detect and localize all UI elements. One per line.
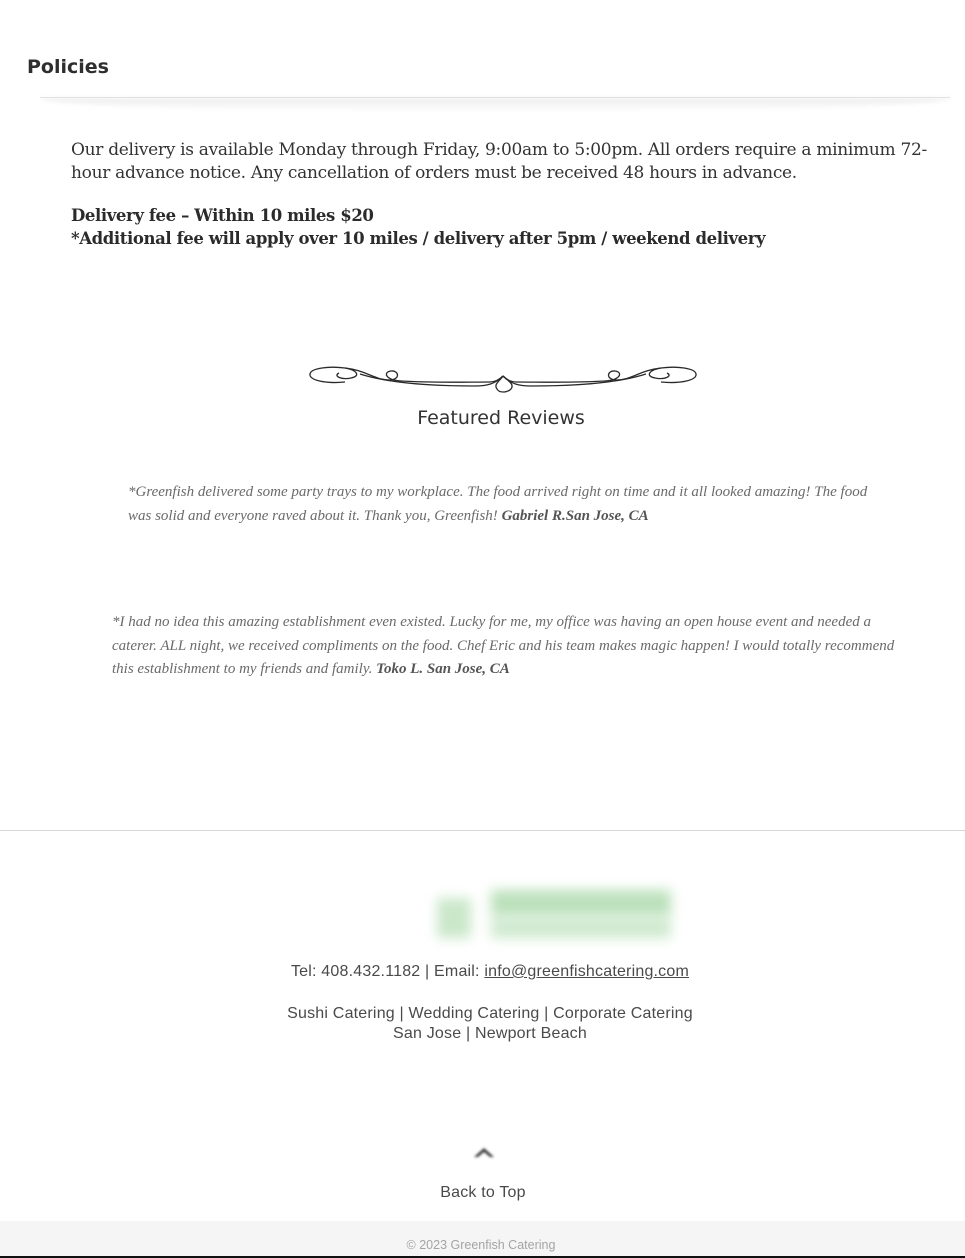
delivery-fee-block: Delivery fee – Within 10 miles $20 *Addi… [71, 204, 951, 250]
email-link[interactable]: info@greenfishcatering.com [484, 963, 689, 980]
chevron-up-icon[interactable] [471, 1143, 497, 1161]
tel-label: Tel: 408.432.1182 | Email: [291, 963, 484, 980]
review-author: Toko L. San Jose, CA [376, 661, 510, 677]
delivery-availability-text: Our delivery is available Monday through… [71, 139, 941, 185]
locations-text: San Jose | Newport Beach [0, 1024, 965, 1044]
header-shadow-divider [40, 98, 950, 112]
policies-heading: Policies [27, 56, 109, 78]
services-text: Sushi Catering | Wedding Catering | Corp… [0, 1004, 965, 1024]
contact-info: Tel: 408.432.1182 | Email: info@greenfis… [0, 963, 965, 981]
review-item: *Greenfish delivered some party trays to… [128, 481, 868, 528]
footer-divider [0, 830, 965, 831]
featured-reviews-heading: Featured Reviews [0, 407, 965, 429]
flourish-divider-icon [305, 360, 701, 396]
additional-fee-text: *Additional fee will apply over 10 miles… [71, 227, 951, 250]
review-author: Gabriel R.San Jose, CA [502, 508, 649, 524]
header-divider [40, 97, 950, 98]
copyright-text: © 2023 Greenfish Catering [0, 1238, 962, 1252]
back-to-top-link[interactable]: Back to Top [0, 1184, 965, 1202]
services-info: Sushi Catering | Wedding Catering | Corp… [0, 1004, 965, 1044]
review-item: *I had no idea this amazing establishmen… [112, 611, 902, 682]
delivery-fee-text: Delivery fee – Within 10 miles $20 [71, 204, 951, 227]
review-text: *Greenfish delivered some party trays to… [128, 484, 867, 524]
greenfish-logo[interactable] [433, 880, 676, 946]
